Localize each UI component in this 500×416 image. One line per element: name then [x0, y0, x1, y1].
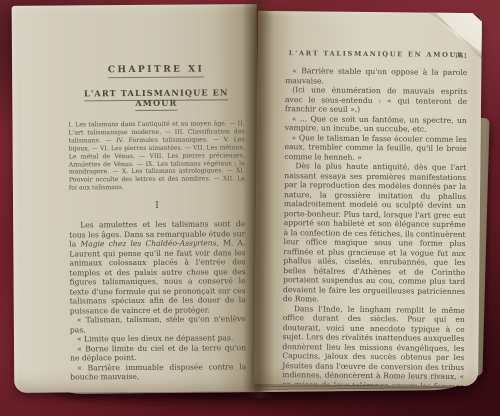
left-paragraph-1: Les amulettes et les talismans sont de t…: [69, 219, 246, 315]
body-paragraph: Dans l'Inde, le lingham remplit le même …: [282, 304, 465, 387]
right-page-body: « Barrière stable qu'on oppose à la paro…: [282, 66, 468, 386]
left-page-content: CHAPITRE XI L'ART TALISMANIQUE EN AMOUR …: [12, 4, 260, 393]
running-header: L'ART TALISMANIQUE EN AMOUR 161: [285, 49, 467, 59]
page-number: 161: [454, 52, 467, 60]
chapter-title: L'ART TALISMANIQUE EN AMOUR: [68, 87, 244, 108]
aside-paragraph: (Ici une énumération de mauvais esprits …: [285, 85, 467, 115]
left-page: CHAPITRE XI L'ART TALISMANIQUE EN AMOUR …: [12, 4, 260, 393]
chapter-heading: CHAPITRE XI: [68, 64, 244, 75]
section-number: I: [69, 200, 245, 211]
chapter-heading-text: CHAPITRE XI: [108, 65, 205, 79]
body-paragraph: Dès la plus haute antiquité, dès que l'a…: [283, 161, 466, 305]
right-page-content: L'ART TALISMANIQUE EN AMOUR 161 « Barriè…: [254, 11, 482, 386]
chapter-summary: I. Les talismans dans l'antiquité et au …: [68, 120, 244, 192]
quote-line: « ... Que ce soit un fantôme, un spectre…: [285, 114, 467, 135]
quote-line: « Borne limite du ciel et de la terre qu…: [70, 343, 246, 363]
left-paragraph-1-post: , M. A. Laurent qui pense qu'il ne faut …: [69, 238, 245, 315]
quote-line: « Barrière stable qu'on oppose à la paro…: [285, 66, 467, 87]
running-header-text: L'ART TALISMANIQUE EN AMOUR: [289, 49, 465, 59]
quote-line: « Barrière immuable disposée contre la b…: [70, 362, 246, 382]
quote-line: « Que le talisman le fasse écouler comme…: [284, 133, 466, 163]
right-page: L'ART TALISMANIQUE EN AMOUR 161 « Barriè…: [254, 11, 482, 386]
chapter-title-text: L'ART TALISMANIQUE EN AMOUR: [84, 87, 229, 111]
cited-work-title: Magie chez les Chaldéo-Assyriens: [80, 239, 216, 249]
quote-line: « Talisman, talisman, stèle qu'on n'enlè…: [70, 314, 246, 334]
